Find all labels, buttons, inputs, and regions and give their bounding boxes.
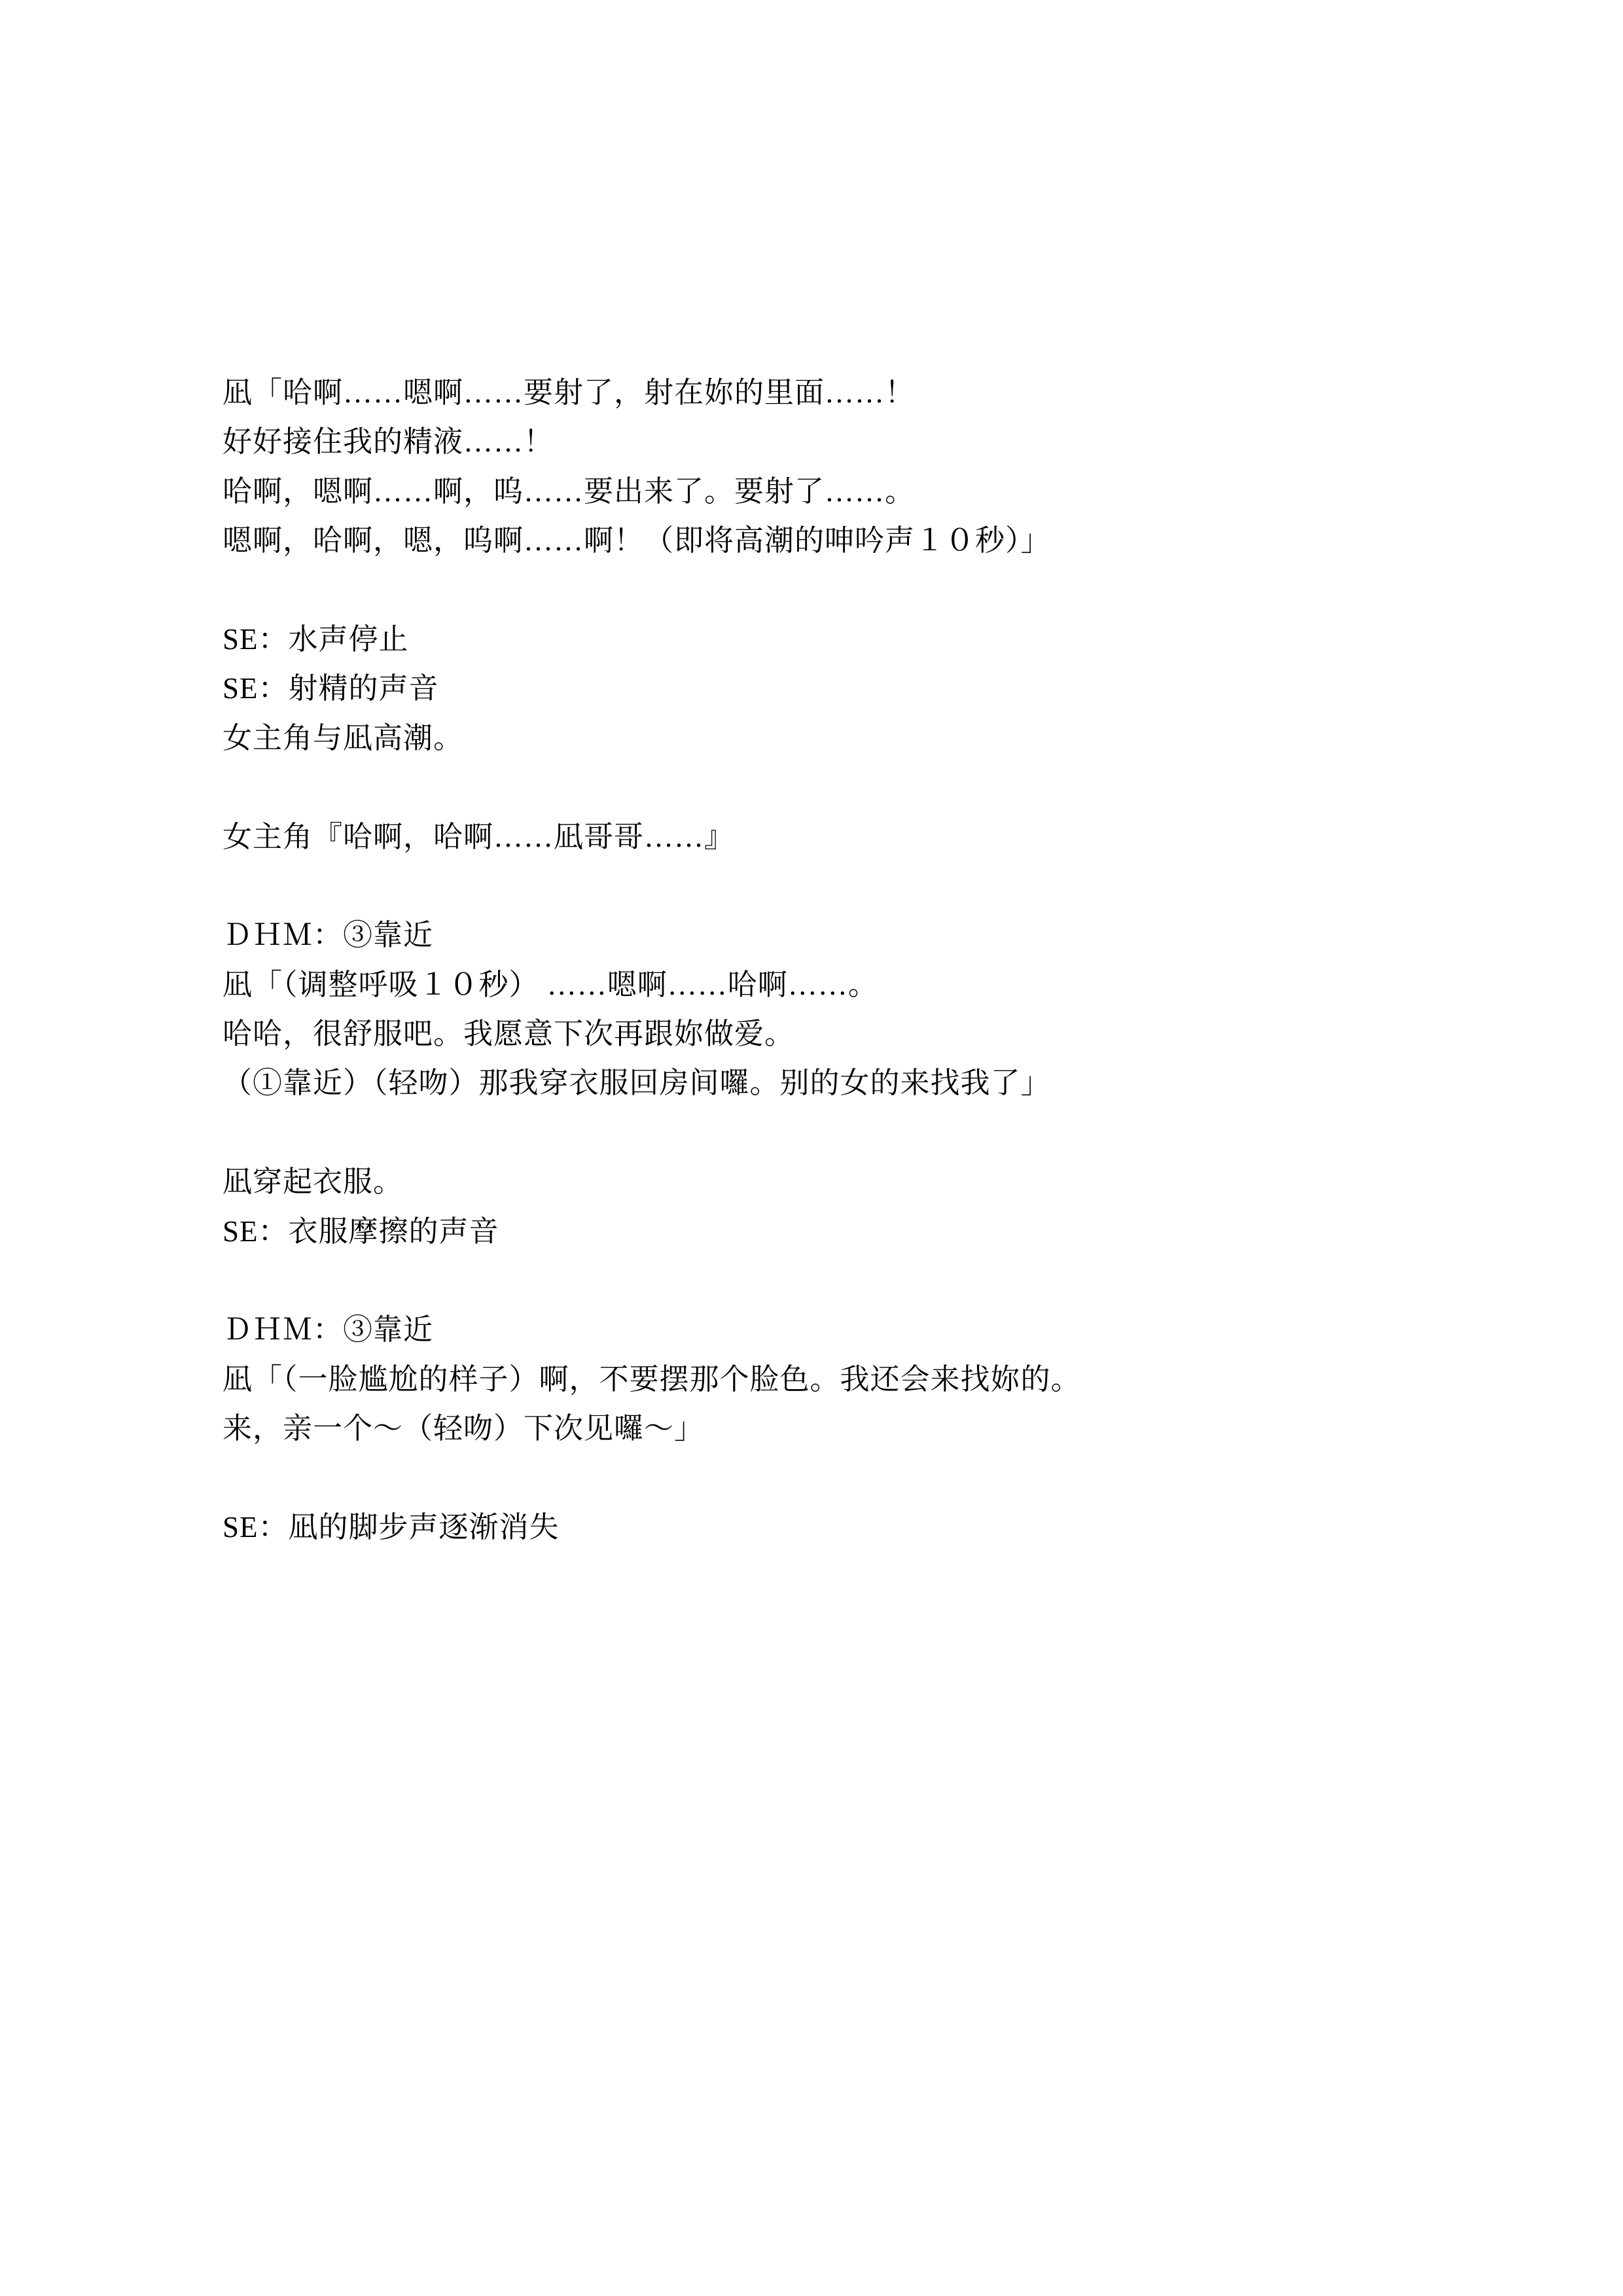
document-page: 凪「哈啊……嗯啊……要射了，射在妳的里面……！ 好好接住我的精液……！ 哈啊，嗯… <box>0 0 1623 2296</box>
dialogue-line: 来，亲一个～（轻吻）下次见囉～」 <box>223 1404 1466 1453</box>
blank-line <box>223 1256 1466 1305</box>
sound-effect-line: SE：衣服摩擦的声音 <box>223 1207 1466 1256</box>
blank-line <box>223 1454 1466 1503</box>
dialogue-line: 凪「（一脸尴尬的样子）啊，不要摆那个脸色。我还会来找妳的。 <box>223 1355 1466 1404</box>
sound-effect-line: SE：水声停止 <box>223 615 1466 664</box>
sound-effect-line: SE：射精的声音 <box>223 664 1466 713</box>
dialogue-line: 凪「（调整呼吸１０秒） ……嗯啊……哈啊……。 <box>223 961 1466 1010</box>
dialogue-line: 哈哈，很舒服吧。我愿意下次再跟妳做爱。 <box>223 1010 1466 1059</box>
blank-line <box>223 862 1466 911</box>
dhm-cue-line: ＤＨＭ：③靠近 <box>223 1305 1466 1354</box>
dhm-cue-line: ＤＨＭ：③靠近 <box>223 911 1466 960</box>
blank-line <box>223 566 1466 615</box>
sound-effect-line: SE：凪的脚步声逐渐消失 <box>223 1503 1466 1552</box>
dialogue-line: 哈啊，嗯啊……啊，呜……要出来了。要射了……。 <box>223 467 1466 516</box>
dialogue-line: （①靠近）（轻吻）那我穿衣服回房间囉。别的女的来找我了」 <box>223 1059 1466 1108</box>
blank-line <box>223 763 1466 812</box>
action-line: 凪穿起衣服。 <box>223 1157 1466 1207</box>
dialogue-line: 好好接住我的精液……！ <box>223 417 1466 467</box>
dialogue-line: 凪「哈啊……嗯啊……要射了，射在妳的里面……！ <box>223 368 1466 417</box>
dialogue-line: 嗯啊，哈啊，嗯，呜啊……啊！（即将高潮的呻吟声１０秒）」 <box>223 516 1466 565</box>
script-text-block: 凪「哈啊……嗯啊……要射了，射在妳的里面……！ 好好接住我的精液……！ 哈啊，嗯… <box>223 368 1466 1552</box>
dialogue-line: 女主角『哈啊，哈啊……凪哥哥……』 <box>223 813 1466 862</box>
blank-line <box>223 1108 1466 1157</box>
action-line: 女主角与凪高潮。 <box>223 714 1466 763</box>
